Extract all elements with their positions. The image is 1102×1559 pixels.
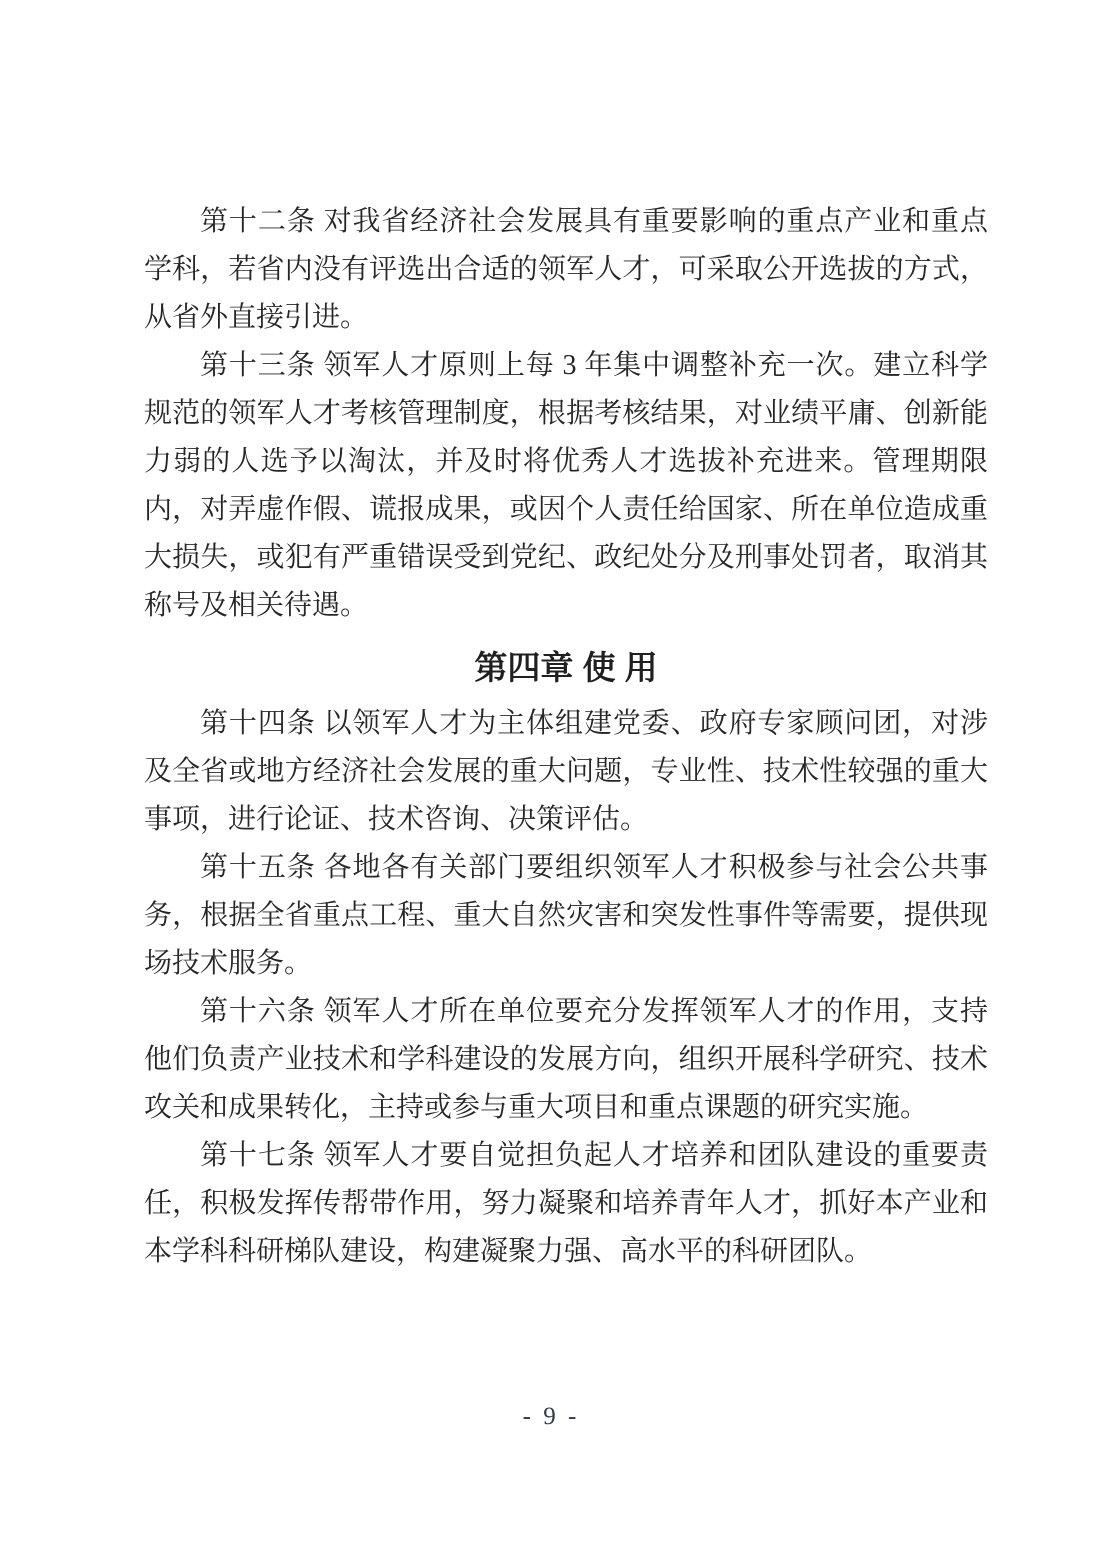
page-number: - 9 - (0, 1402, 1102, 1432)
article-12-paragraph: 第十二条 对我省经济社会发展具有重要影响的重点产业和重点学科，若省内没有评选出合… (144, 198, 988, 342)
article-15-paragraph: 第十五条 各地各有关部门要组织领军人才积极参与社会公共事务，根据全省重点工程、重… (144, 844, 988, 988)
article-13-paragraph: 第十三条 领军人才原则上每 3 年集中调整补充一次。建立科学规范的领军人才考核管… (144, 342, 988, 630)
article-14-paragraph: 第十四条 以领军人才为主体组建党委、政府专家顾问团，对涉及全省或地方经济社会发展… (144, 700, 988, 844)
article-16-paragraph: 第十六条 领军人才所在单位要充分发挥领军人才的作用，支持他们负责产业技术和学科建… (144, 988, 988, 1132)
document-body: 第十二条 对我省经济社会发展具有重要影响的重点产业和重点学科，若省内没有评选出合… (144, 198, 988, 1276)
article-17-paragraph: 第十七条 领军人才要自觉担负起人才培养和团队建设的重要责任，积极发挥传帮带作用，… (144, 1132, 988, 1276)
document-page: 第十二条 对我省经济社会发展具有重要影响的重点产业和重点学科，若省内没有评选出合… (0, 0, 1102, 1559)
chapter-4-heading: 第四章 使 用 (144, 644, 988, 692)
